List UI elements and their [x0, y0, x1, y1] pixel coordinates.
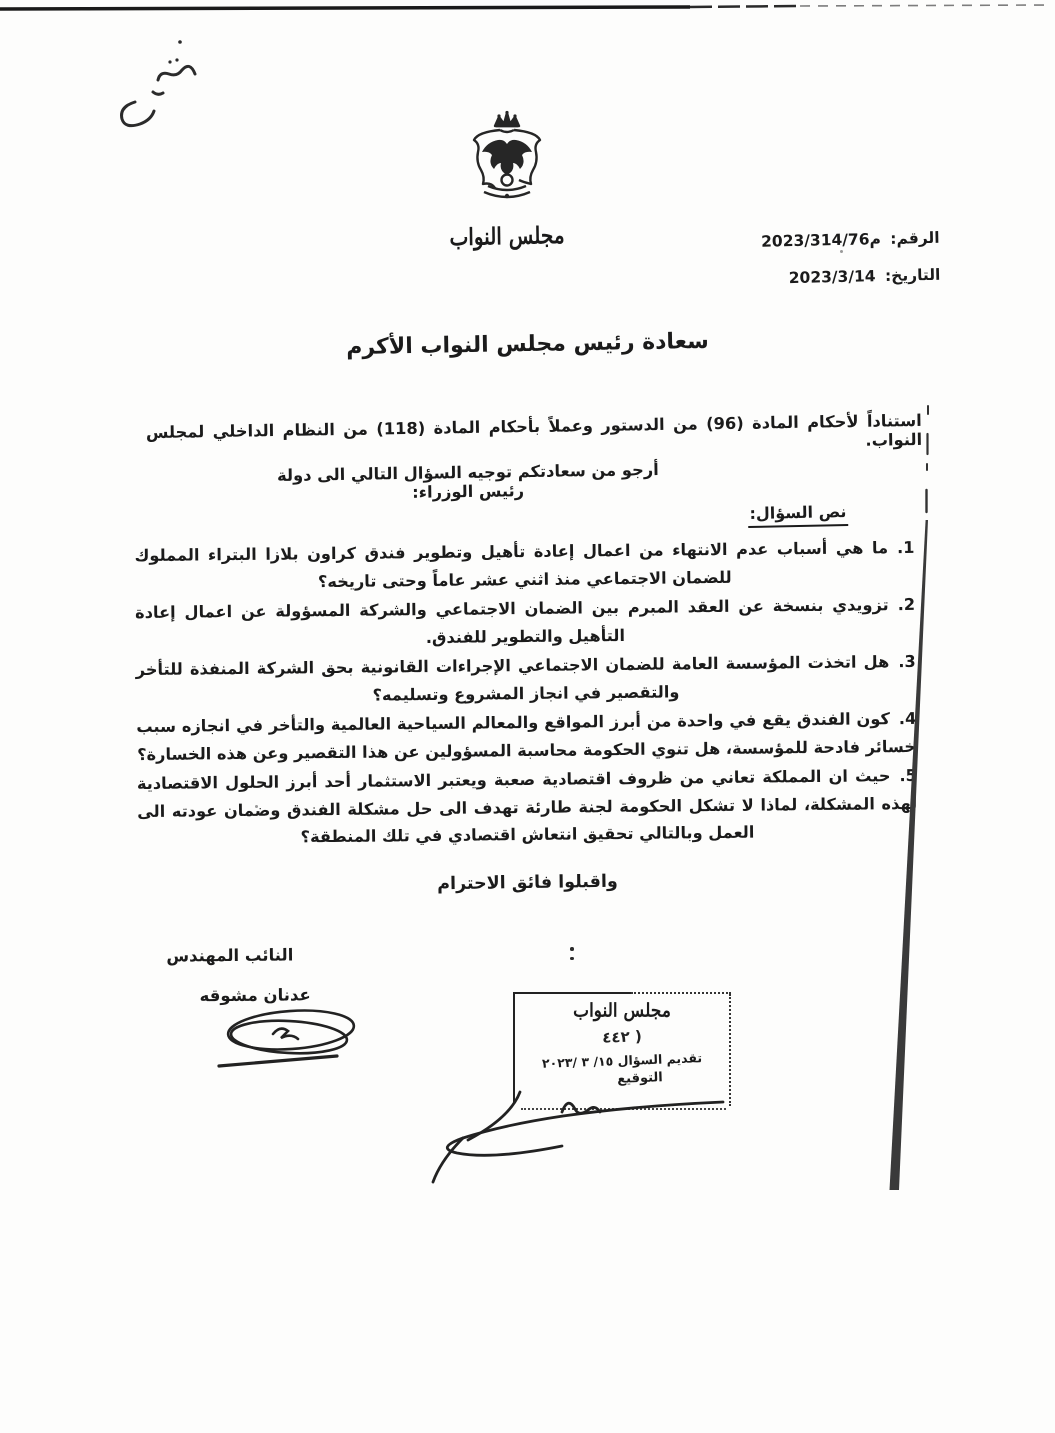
reference-block: الرقم: م2023/314/76 التاريخ: 2023/3/14 [739, 220, 941, 299]
scan-top-edge-line [0, 0, 1055, 22]
question-text: تزويدي بنسخة عن العقد المبرم بين الضمان … [135, 595, 889, 646]
question-item: 1.ما هي أسباب عدم الانتهاء من اعمال إعاد… [134, 534, 915, 597]
letter-title: سعادة رئيس مجلس النواب الأكرم [0, 323, 1055, 366]
letterhead: مجلس النواب [433, 110, 581, 248]
question-item: 4.كون الفندق يقع في واحدة من أبرز المواق… [136, 705, 917, 768]
question-item: 3.هل اتخذت المؤسسة العامة للضمان الاجتما… [136, 648, 917, 711]
stamp-border [631, 992, 731, 994]
question-text: حيث ان المملكة تعاني من ظروف اقتصادية صع… [137, 766, 917, 846]
letterhead-org-name: مجلس النواب [433, 221, 581, 252]
paper-speck [255, 805, 258, 808]
date-label: التاريخ: [885, 266, 941, 285]
date-line: التاريخ: 2023/3/14 [740, 257, 941, 299]
scan-mark-colon [570, 947, 574, 966]
question-item: 5.حيث ان المملكة تعاني من ظروف اقتصادية … [137, 762, 918, 853]
question-text: كون الفندق يقع في واحدة من أبرز المواقع … [136, 709, 916, 763]
ref-value: م2023/314/76 [761, 230, 881, 251]
stamp-border [513, 992, 633, 994]
reference-number-line: الرقم: م2023/314/76 [739, 220, 940, 262]
handwritten-initials [95, 22, 255, 142]
signer-title: النائب المهندس [166, 945, 293, 965]
intro-line-2: أرجو من سعادتكم توجيه السؤال التالي الى … [268, 460, 669, 504]
scan-fold-line [882, 398, 942, 1198]
stamp-handwritten-number: ( ٤٤٢ [513, 1024, 731, 1050]
stamp-org-name: مجلس النواب [513, 1000, 731, 1022]
question-text: ما هي أسباب عدم الانتهاء من اعمال إعادة … [134, 538, 888, 590]
question-text: هل اتخذت المؤسسة العامة للضمان الاجتماعي… [136, 652, 890, 704]
ref-label: الرقم: [890, 229, 940, 248]
date-value: 2023/3/14 [789, 267, 876, 287]
question-item: 2.تزويدي بنسخة عن العقد المبرم بين الضما… [135, 591, 916, 654]
intro-line-1: استناداً لأحكام المادة (96) من الدستور و… [146, 411, 923, 461]
paper-speck [840, 250, 843, 253]
scanned-letter-page: مجلس النواب الرقم: م2023/314/76 التاريخ:… [0, 0, 1055, 1433]
question-section-heading: نص السؤال: [748, 502, 848, 528]
handwritten-signature [215, 1000, 365, 1085]
jordan-royal-crest-icon [448, 110, 566, 210]
questions-list: 1.ما هي أسباب عدم الانتهاء من اعمال إعاد… [134, 534, 917, 855]
stamp-handwritten-signature [428, 1072, 748, 1192]
